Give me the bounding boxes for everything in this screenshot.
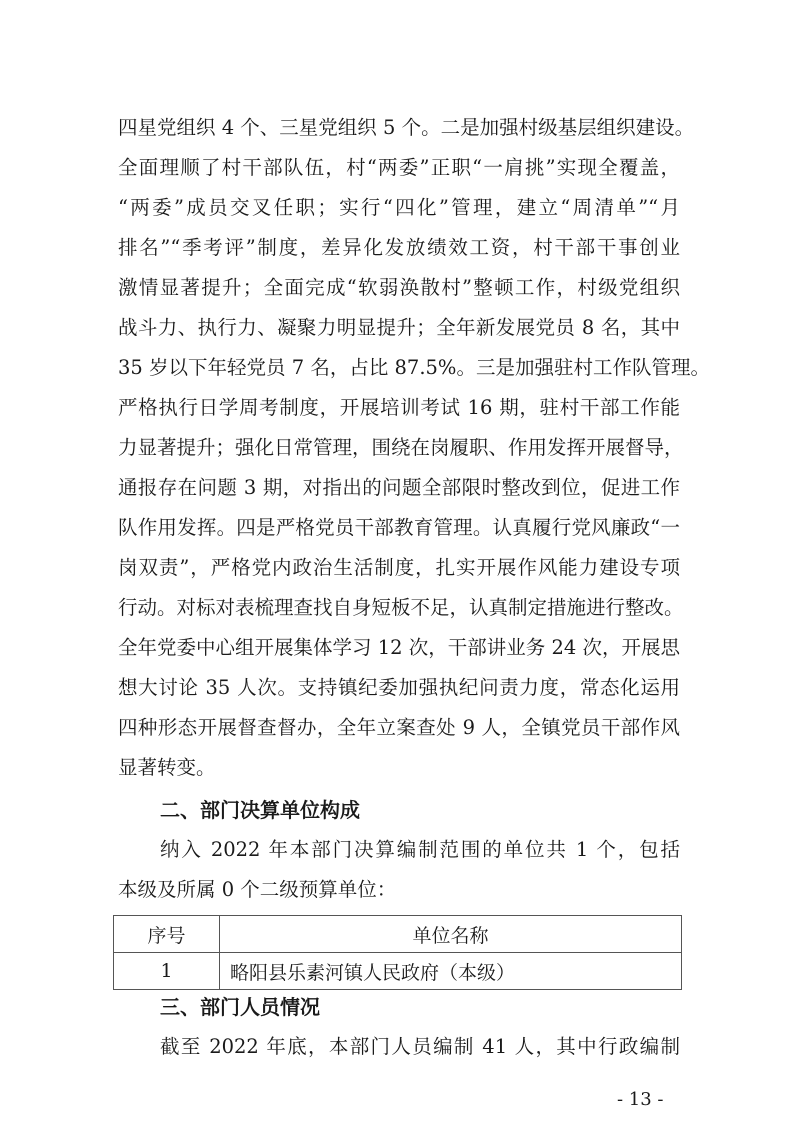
section3-paragraph-line: 截至 2022 年底，本部门人员编制 41 人，其中行政编制 [160, 1032, 680, 1062]
body-line: 全年党委中心组开展集体学习 12 次，干部讲业务 24 次，开展思 [118, 633, 680, 663]
body-line: 严格执行日学周考制度，开展培训考试 16 期，驻村干部工作能 [118, 393, 680, 423]
unit-table: 序号 单位名称 1 略阳县乐素河镇人民政府（本级） [113, 915, 682, 990]
body-line: “两委”成员交叉任职；实行“四化”管理，建立“周清单”“月 [118, 193, 680, 223]
table-row: 1 略阳县乐素河镇人民政府（本级） [114, 953, 682, 990]
body-line: 显著转变。 [118, 753, 680, 783]
section-heading-personnel: 三、部门人员情况 [160, 992, 320, 1022]
body-line: 通报存在问题 3 期，对指出的问题全部限时整改到位，促进工作 [118, 473, 680, 503]
section2-paragraph-line: 本级及所属 0 个二级预算单位： [118, 875, 680, 905]
document-page: 四星党组织 4 个、三星党组织 5 个。二是加强村级基层组织建设。 全面理顺了村… [0, 0, 793, 1122]
body-line: 战斗力、执行力、凝聚力明显提升；全年新发展党员 8 名，其中 [118, 313, 680, 343]
table-header-row: 序号 单位名称 [114, 916, 682, 953]
body-line: 四星党组织 4 个、三星党组织 5 个。二是加强村级基层组织建设。 [118, 113, 680, 143]
body-line: 队作用发挥。四是严格党员干部教育管理。认真履行党风廉政“一 [118, 513, 680, 543]
body-line: 激情显著提升；全面完成“软弱涣散村”整顿工作，村级党组织 [118, 273, 680, 303]
body-line: 排名”“季考评”制度，差异化发放绩效工资，村干部干事创业 [118, 233, 680, 263]
section2-paragraph-line: 纳入 2022 年本部门决算编制范围的单位共 1 个，包括 [160, 835, 680, 865]
page-number: - 13 - [617, 1088, 664, 1112]
body-line: 行动。对标对表梳理查找自身短板不足，认真制定措施进行整改。 [118, 593, 680, 623]
body-line: 35 岁以下年轻党员 7 名，占比 87.5%。三是加强驻村工作队管理。 [118, 353, 680, 383]
body-line: 想大讨论 35 人次。支持镇纪委加强执纪问责力度，常态化运用 [118, 673, 680, 703]
body-line: 岗双责”，严格党内政治生活制度，扎实开展作风能力建设专项 [118, 553, 680, 583]
table-cell-index: 1 [114, 953, 220, 990]
table-header-unit-name: 单位名称 [220, 916, 682, 953]
table-cell-unit-name: 略阳县乐素河镇人民政府（本级） [220, 953, 682, 990]
table-header-index: 序号 [114, 916, 220, 953]
body-line: 全面理顺了村干部队伍，村“两委”正职“一肩挑”实现全覆盖， [118, 153, 680, 183]
body-line: 四种形态开展督查督办，全年立案查处 9 人，全镇党员干部作风 [118, 713, 680, 743]
body-line: 力显著提升；强化日常管理，围绕在岗履职、作用发挥开展督导， [118, 433, 680, 463]
section-heading-unit-composition: 二、部门决算单位构成 [160, 795, 360, 825]
